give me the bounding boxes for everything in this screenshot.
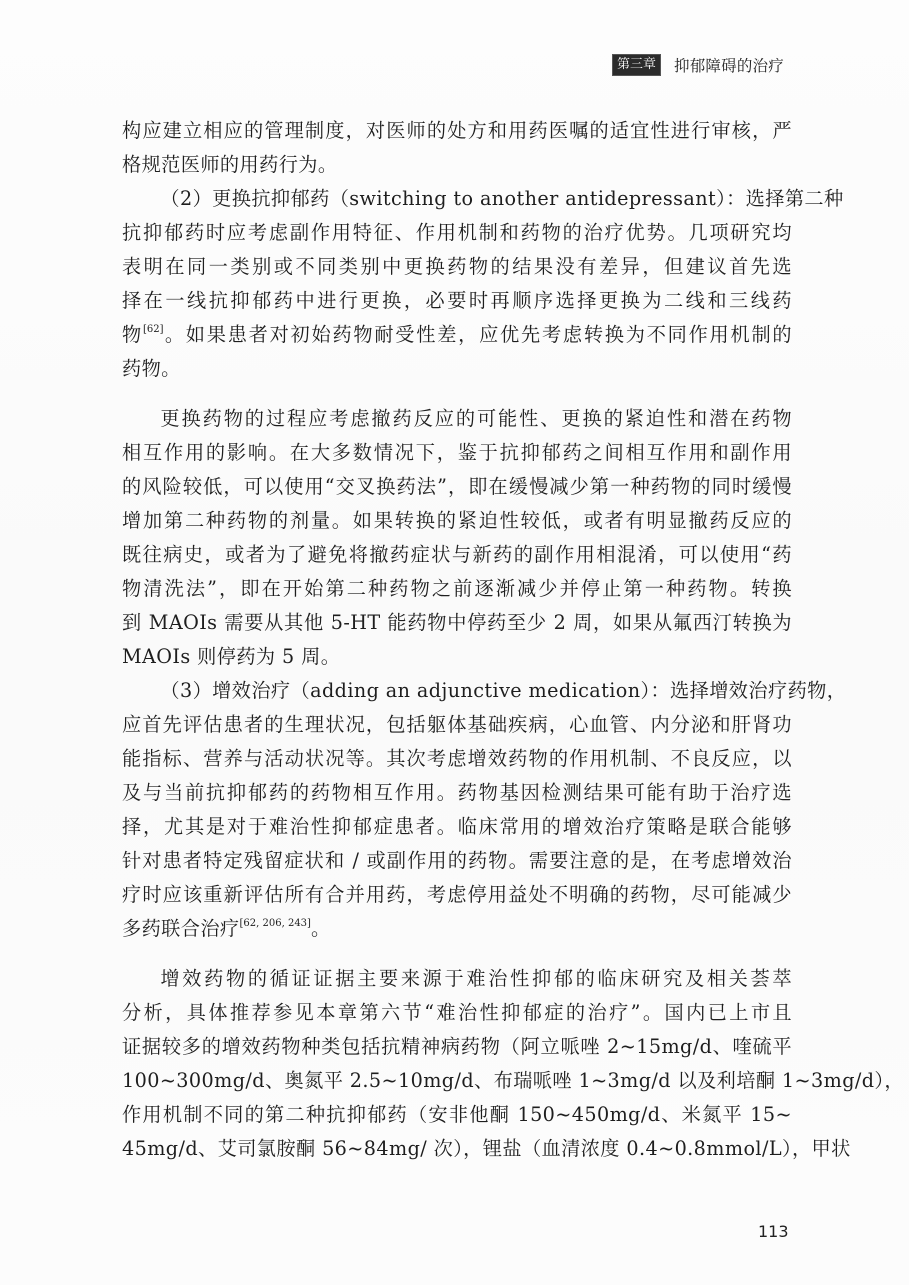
text-line: 100~300mg/d、奥氮平 2.5~10mg/d、布瑞哌唑 1~3mg/d … <box>122 1064 792 1098</box>
citation-reference: [62] <box>143 324 164 335</box>
text-line: 构应建立相应的管理制度，对医师的处方和用药医嘱的适宜性进行审核，严 <box>122 114 792 148</box>
text-fragment: 。如果患者对初始药物耐受性差，应优先考虑转换为不同作用机制的 <box>163 323 792 346</box>
paragraph-continuation: 构应建立相应的管理制度，对医师的处方和用药医嘱的适宜性进行审核，严 格规范医师的… <box>122 114 792 182</box>
text-line: 增加第二种药物的剂量。如果转换的紧迫性较低，或者有明显撤药反应的 <box>122 504 792 538</box>
text-line-with-citation: 多药联合治疗[62, 206, 243]。 <box>122 912 792 946</box>
text-line: 的风险较低，可以使用“交叉换药法”，即在缓慢减少第一种药物的同时缓慢 <box>122 470 792 504</box>
text-line: 更换药物的过程应考虑撤药反应的可能性、更换的紧迫性和潜在药物 <box>122 402 792 436</box>
text-line: （3）增效治疗（adding an adjunctive medication）… <box>122 674 792 708</box>
paragraph-switching-antidepressant: （2）更换抗抑郁药（switching to another antidepre… <box>122 182 792 386</box>
text-fragment: 。 <box>311 917 331 940</box>
text-fragment: 物 <box>122 323 143 346</box>
text-line: 作用机制不同的第二种抗抑郁药（安非他酮 150~450mg/d、米氮平 15~ <box>122 1098 792 1132</box>
text-line: 择在一线抗抑郁药中进行更换，必要时再顺序选择更换为二线和三线药 <box>122 284 792 318</box>
paragraph-adjunctive-medication: （3）增效治疗（adding an adjunctive medication）… <box>122 674 792 946</box>
text-line: 表明在同一类别或不同类别中更换药物的结果没有差异，但建议首先选 <box>122 250 792 284</box>
text-line: 分析，具体推荐参见本章第六节“难治性抑郁症的治疗”。国内已上市且 <box>122 996 792 1030</box>
page-number: 113 <box>758 1222 789 1241</box>
text-line: 应首先评估患者的生理状况，包括躯体基础疾病，心血管、内分泌和肝肾功 <box>122 708 792 742</box>
paragraph-augmentation-evidence: 增效药物的循证证据主要来源于难治性抑郁的临床研究及相关荟萃 分析，具体推荐参见本… <box>122 962 792 1166</box>
text-line: （2）更换抗抑郁药（switching to another antidepre… <box>122 182 792 216</box>
text-line: 择，尤其是对于难治性抑郁症患者。临床常用的增效治疗策略是联合能够 <box>122 810 792 844</box>
text-line: 物清洗法”，即在开始第二种药物之前逐渐减少并停止第一种药物。转换 <box>122 572 792 606</box>
paragraph-switching-process: 更换药物的过程应考虑撤药反应的可能性、更换的紧迫性和潜在药物 相互作用的影响。在… <box>122 402 792 674</box>
text-line: 45mg/d、艾司氯胺酮 56~84mg/ 次），锂盐（血清浓度 0.4~0.8… <box>122 1132 792 1166</box>
text-line: 到 MAOIs 需要从其他 5-HT 能药物中停药至少 2 周，如果从氟西汀转换… <box>122 606 792 640</box>
text-line: 增效药物的循证证据主要来源于难治性抑郁的临床研究及相关荟萃 <box>122 962 792 996</box>
text-line: 药物。 <box>122 352 792 386</box>
text-fragment: 多药联合治疗 <box>122 917 240 940</box>
text-line: 针对患者特定残留症状和 / 或副作用的药物。需要注意的是，在考虑增效治 <box>122 844 792 878</box>
text-line: 既往病史，或者为了避免将撤药症状与新药的副作用相混淆，可以使用“药 <box>122 538 792 572</box>
running-header: 第三章 抑郁障碍的治疗 <box>612 54 784 76</box>
chapter-title: 抑郁障碍的治疗 <box>674 54 784 76</box>
chapter-badge: 第三章 <box>612 54 661 76</box>
text-line: 相互作用的影响。在大多数情况下，鉴于抗抑郁药之间相互作用和副作用 <box>122 436 792 470</box>
text-line: 格规范医师的用药行为。 <box>122 148 792 182</box>
text-line: MAOIs 则停药为 5 周。 <box>122 640 792 674</box>
text-line: 证据较多的增效药物种类包括抗精神病药物（阿立哌唑 2~15mg/d、喹硫平 <box>122 1030 792 1064</box>
body-text: 构应建立相应的管理制度，对医师的处方和用药医嘱的适宜性进行审核，严 格规范医师的… <box>122 114 792 1166</box>
text-line-with-citation: 物[62]。如果患者对初始药物耐受性差，应优先考虑转换为不同作用机制的 <box>122 318 792 352</box>
text-line: 疗时应该重新评估所有合并用药，考虑停用益处不明确的药物，尽可能减少 <box>122 878 792 912</box>
text-line: 抗抑郁药时应考虑副作用特征、作用机制和药物的治疗优势。几项研究均 <box>122 216 792 250</box>
text-line: 及与当前抗抑郁药的药物相互作用。药物基因检测结果可能有助于治疗选 <box>122 776 792 810</box>
citation-reference: [62, 206, 243] <box>240 918 311 929</box>
text-line: 能指标、营养与活动状况等。其次考虑增效药物的作用机制、不良反应，以 <box>122 742 792 776</box>
